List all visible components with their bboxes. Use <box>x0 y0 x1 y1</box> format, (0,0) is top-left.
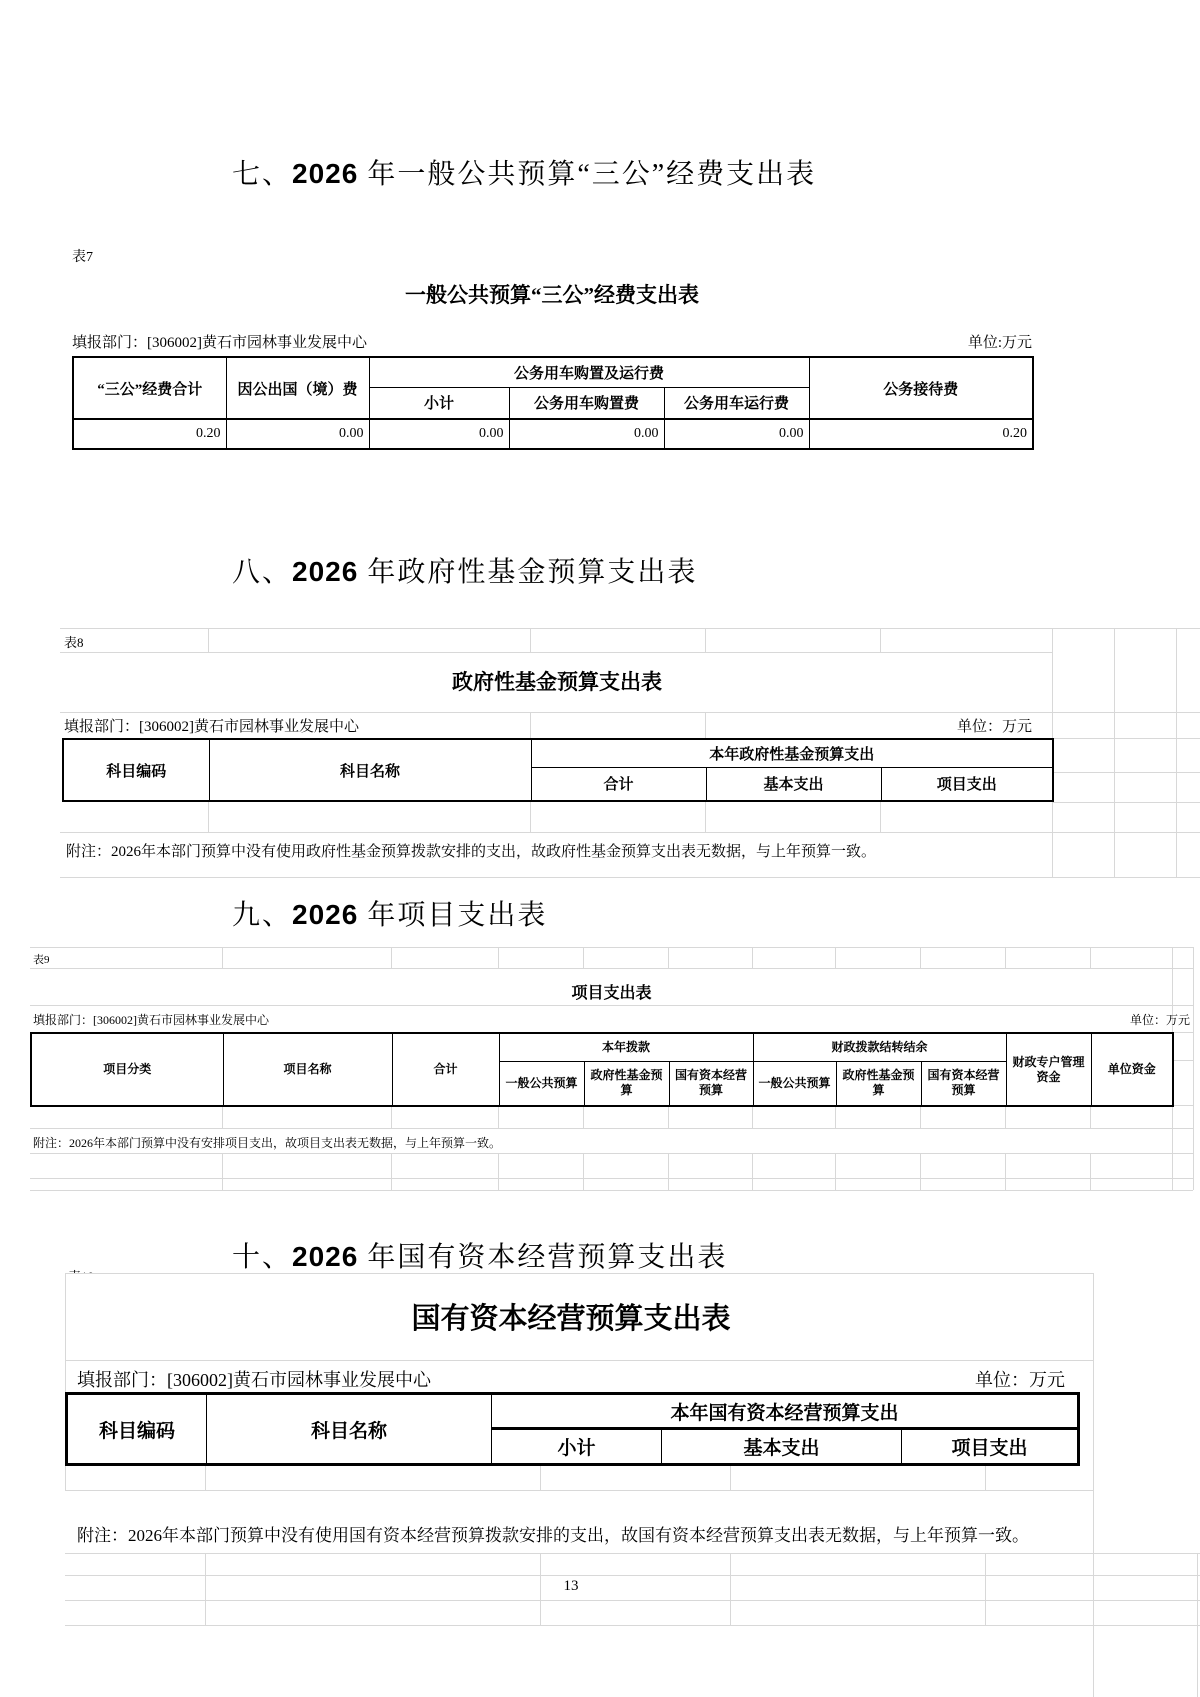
section10-heading-num: 十、 <box>232 1242 292 1273</box>
grid-line <box>498 1105 499 1128</box>
grid-line <box>1172 1032 1193 1033</box>
table9-dept: 填报部门：[306002]黄石市园林事业发展中心 <box>33 1011 269 1028</box>
table7-dept: 填报部门：[306002]黄石市园林事业发展中心 <box>72 331 367 352</box>
grid-line <box>1052 802 1053 877</box>
grid-line <box>835 947 836 968</box>
col-carry-statecap-budget: 国有资本经营预算 <box>921 1061 1006 1106</box>
col-statecap-subject-name: 科目名称 <box>207 1394 492 1465</box>
table8-dept: 填报部门：[306002]黄石市园林事业发展中心 <box>64 715 359 736</box>
statecap-budget-table: 科目编码 科目名称 本年国有资本经营预算支出 小计 基本支出 项目支出 <box>65 1392 1080 1466</box>
section9-heading: 九、2026 年项目支出表 <box>232 893 547 933</box>
value-sangong-total: 0.20 <box>73 419 226 449</box>
col-govfund-basic: 基本支出 <box>706 767 881 801</box>
grid-line <box>391 947 392 968</box>
grid-line <box>60 877 1200 878</box>
project-expense-table: 项目分类 项目名称 合计 本年拨款 财政拨款结转结余 财政专户管理资金 单位资金… <box>30 1032 1174 1107</box>
section8-heading: 八、2026 年政府性基金预算支出表 <box>232 550 697 590</box>
col-statecap-basic: 基本支出 <box>662 1429 902 1465</box>
table10-title: 国有资本经营预算支出表 <box>65 1296 1077 1337</box>
section8-heading-rest: 年政府性基金预算支出表 <box>358 557 697 588</box>
col-sangong-total: “三公”经费合计 <box>73 357 226 419</box>
sangong-expense-table: “三公”经费合计 因公出国（境）费 公务用车购置及运行费 公务接待费 小计 公务… <box>72 356 1034 450</box>
grid-line <box>752 1105 753 1128</box>
section10-heading-rest: 年国有资本经营预算支出表 <box>358 1242 727 1273</box>
grid-line <box>1172 1060 1193 1061</box>
grid-line <box>1005 1105 1006 1128</box>
col-statecap-group: 本年国有资本经营预算支出 <box>492 1394 1079 1429</box>
table8-note: 附注：2026年本部门预算中没有使用政府性基金预算拨款安排的支出，故政府性基金预… <box>66 840 876 861</box>
govfund-budget-table: 科目编码 科目名称 本年政府性基金预算支出 合计 基本支出 项目支出 <box>62 738 1054 802</box>
col-current-appropriation-group: 本年拨款 <box>499 1033 753 1061</box>
grid-line <box>880 802 881 832</box>
grid-line <box>30 947 1193 948</box>
value-subtotal: 0.00 <box>369 419 509 449</box>
grid-line <box>498 1153 499 1190</box>
col-carryover-group: 财政拨款结转结余 <box>753 1033 1006 1061</box>
grid-line <box>583 1105 584 1128</box>
grid-line <box>60 652 1052 653</box>
grid-line <box>920 1153 921 1190</box>
grid-line <box>222 1105 223 1128</box>
col-reception-fee: 公务接待费 <box>809 357 1033 419</box>
col-vehicle-subtotal: 小计 <box>369 387 509 419</box>
table7-meta: 填报部门：[306002]黄石市园林事业发展中心 单位:万元 <box>72 331 1032 352</box>
grid-line <box>705 802 706 832</box>
grid-line <box>985 1463 986 1490</box>
grid-line <box>1090 1153 1091 1190</box>
grid-line <box>391 1105 392 1128</box>
value-purchase: 0.00 <box>509 419 664 449</box>
table10-meta: 填报部门：[306002]黄石市园林事业发展中心 单位：万元 <box>77 1366 1065 1392</box>
col-fiscal-account-fund: 财政专户管理资金 <box>1006 1033 1091 1106</box>
grid-line <box>1052 802 1200 803</box>
value-abroad: 0.00 <box>226 419 369 449</box>
grid-line <box>208 628 209 652</box>
col-abroad-fee: 因公出国（境）费 <box>226 357 369 419</box>
col-cur-statecap-budget: 国有资本经营预算 <box>669 1061 753 1106</box>
grid-line <box>1193 947 1194 1190</box>
grid-line <box>60 832 1200 833</box>
grid-line <box>65 1553 1200 1554</box>
page-number: 13 <box>65 1578 1077 1595</box>
grid-line <box>835 1105 836 1128</box>
col-carry-general-budget: 一般公共预算 <box>753 1061 836 1106</box>
table10-dept: 填报部门：[306002]黄石市园林事业发展中心 <box>77 1366 431 1392</box>
table8-unit: 单位：万元 <box>957 715 1032 736</box>
grid-line <box>1005 1153 1006 1190</box>
sheet8-label: 表8 <box>64 632 84 651</box>
col-vehicle-group: 公务用车购置及运行费 <box>369 357 809 387</box>
grid-line <box>530 628 531 652</box>
table9-meta: 填报部门：[306002]黄石市园林事业发展中心 单位：万元 <box>33 1011 1190 1028</box>
grid-line <box>1093 1273 1094 1697</box>
table10-unit: 单位：万元 <box>975 1366 1065 1392</box>
table10-note: 附注：2026年本部门预算中没有使用国有资本经营预算拨款安排的支出，故国有资本经… <box>77 1521 1029 1546</box>
grid-line <box>205 1463 206 1490</box>
grid-line <box>583 947 584 968</box>
grid-line <box>30 1128 1193 1129</box>
col-vehicle-purchase: 公务用车购置费 <box>509 387 664 419</box>
section8-heading-num: 八、 <box>232 557 292 588</box>
col-carry-govfund-budget: 政府性基金预算 <box>836 1061 921 1106</box>
grid-line <box>60 628 1200 629</box>
grid-line <box>1005 947 1006 968</box>
col-govfund-total: 合计 <box>531 767 706 801</box>
col-subject-code: 科目编码 <box>63 739 209 801</box>
grid-line <box>30 1153 1193 1154</box>
table7-unit: 单位:万元 <box>968 331 1032 352</box>
budget-document-page: 七、2026 年一般公共预算“三公”经费支出表 表7 一般公共预算“三公”经费支… <box>0 0 1200 1697</box>
grid-line <box>920 947 921 968</box>
section8-heading-year: 2026 <box>292 556 358 587</box>
sheet7-label: 表7 <box>72 246 93 266</box>
section7-heading-rest: 年一般公共预算“三公”经费支出表 <box>358 159 816 190</box>
grid-line <box>222 947 223 968</box>
grid-line <box>1052 738 1200 739</box>
grid-line <box>540 1463 541 1490</box>
grid-line <box>835 1153 836 1190</box>
grid-line <box>65 1575 1200 1576</box>
grid-line <box>1052 772 1200 773</box>
col-vehicle-operation: 公务用车运行费 <box>664 387 809 419</box>
col-subject-name: 科目名称 <box>209 739 531 801</box>
col-cur-general-budget: 一般公共预算 <box>499 1061 584 1106</box>
grid-line <box>668 947 669 968</box>
grid-line <box>65 1490 1093 1491</box>
grid-line <box>65 1600 1200 1601</box>
grid-line <box>920 1105 921 1128</box>
grid-line <box>391 1153 392 1190</box>
grid-line <box>65 1625 1200 1626</box>
section7-heading-num: 七、 <box>232 159 292 190</box>
grid-line <box>1176 628 1177 877</box>
grid-line <box>30 968 1193 969</box>
grid-line <box>668 1105 669 1128</box>
grid-line <box>705 628 706 652</box>
col-cur-govfund-budget: 政府性基金预算 <box>584 1061 669 1106</box>
section7-heading-year: 2026 <box>292 158 358 189</box>
col-unit-fund: 单位资金 <box>1091 1033 1173 1106</box>
grid-line <box>208 802 209 832</box>
section9-heading-num: 九、 <box>232 900 292 931</box>
section9-heading-year: 2026 <box>292 899 358 930</box>
grid-line <box>30 1178 1193 1179</box>
table8-meta: 填报部门：[306002]黄石市园林事业发展中心 单位：万元 <box>64 715 1032 736</box>
grid-line <box>880 628 881 652</box>
col-govfund-group: 本年政府性基金预算支出 <box>531 739 1053 767</box>
table9-title: 项目支出表 <box>30 980 1193 1003</box>
value-operation: 0.00 <box>664 419 809 449</box>
section9-heading-rest: 年项目支出表 <box>358 900 547 931</box>
col-project-total: 合计 <box>392 1033 499 1106</box>
sheet10-label-clipped: 表10 <box>68 1266 112 1273</box>
grid-line <box>668 1153 669 1190</box>
grid-line <box>1090 947 1091 968</box>
grid-line <box>65 1360 1093 1361</box>
table7-title: 一般公共预算“三公”经费支出表 <box>72 279 1032 309</box>
grid-line <box>1114 628 1115 877</box>
value-reception: 0.20 <box>809 419 1033 449</box>
grid-line <box>60 712 1200 713</box>
grid-line <box>752 947 753 968</box>
col-govfund-project: 项目支出 <box>881 767 1053 801</box>
section10-heading-year: 2026 <box>292 1241 358 1272</box>
table7-value-row: 0.20 0.00 0.00 0.00 0.00 0.20 <box>73 419 1033 449</box>
col-statecap-subject-code: 科目编码 <box>67 1394 207 1465</box>
grid-line <box>222 1153 223 1190</box>
table9-unit: 单位：万元 <box>1130 1011 1190 1028</box>
grid-line <box>498 947 499 968</box>
grid-line <box>1052 628 1053 738</box>
grid-line <box>1172 1105 1193 1106</box>
grid-line <box>1197 1553 1198 1697</box>
grid-line <box>65 1273 1093 1274</box>
col-statecap-subtotal: 小计 <box>492 1429 662 1465</box>
section10-heading: 十、2026 年国有资本经营预算支出表 <box>232 1235 727 1275</box>
table8-title: 政府性基金预算支出表 <box>62 666 1052 696</box>
grid-line <box>1172 1105 1173 1190</box>
grid-line <box>1090 1105 1091 1128</box>
grid-line <box>530 802 531 832</box>
col-project-name: 项目名称 <box>223 1033 392 1106</box>
col-statecap-project: 项目支出 <box>902 1429 1079 1465</box>
col-project-category: 项目分类 <box>31 1033 223 1106</box>
grid-line <box>730 1463 731 1490</box>
section7-heading: 七、2026 年一般公共预算“三公”经费支出表 <box>232 152 816 192</box>
grid-line <box>752 1153 753 1190</box>
grid-line <box>30 1190 1193 1191</box>
sheet9-label: 表9 <box>33 951 50 967</box>
table9-note: 附注：2026年本部门预算中没有安排项目支出，故项目支出表无数据，与上年预算一致… <box>33 1134 501 1151</box>
grid-line <box>30 1005 1193 1006</box>
grid-line <box>583 1153 584 1190</box>
